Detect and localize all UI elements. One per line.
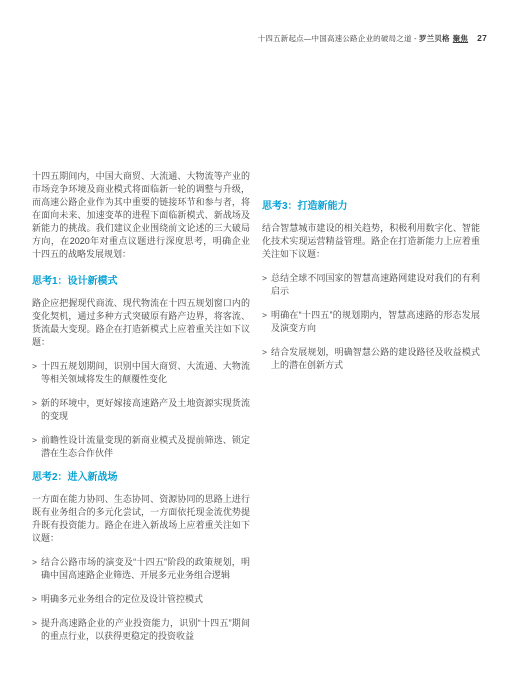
section-3-heading: 思考3：打造新能力 (262, 200, 480, 213)
bullet-marker: > (262, 309, 267, 322)
section-think-3: 思考3：打造新能力 结合智慧城市建设的相关趋势，积极利用数字化、智能化技术实现运… (262, 200, 480, 372)
section-1-bullet-3: > 前瞻性设计流量变现的新商业模式及提前筛选、锁定潜在生态合作伙伴 (32, 434, 250, 460)
section-think-2: 思考2：进入新战场 一方面在能力协同、生态协同、资源协同的思路上进行既有业务组合… (32, 471, 250, 643)
bullet-text: 总结全球不同国家的智慧高速路网建设对我们的有利启示 (271, 273, 480, 296)
section-2-bullet-3: > 提升高速路企业的产业投资能力，识别“十四五”期间的重点行业，以获得更稳定的投… (32, 617, 250, 643)
section-3-body: 结合智慧城市建设的相关趋势，积极利用数字化、智能化技术实现运营精益管理。路企在打… (262, 222, 480, 261)
page-number: 27 (477, 33, 487, 43)
section-2-bullet-1: > 结合公路市场的演变及“十四五”阶段的政策规划，明确中国高速路企业筛选、开展多… (32, 556, 250, 582)
section-1-body: 路企应把握现代商流、现代物流在十四五规划窗口内的变化契机，通过多种方式突破原有路… (32, 297, 250, 349)
bullet-marker: > (32, 617, 37, 630)
section-2-body: 一方面在能力协同、生态协同、资源协同的思路上进行既有业务组合的多元化尝试，一方面… (32, 493, 250, 545)
bullet-text: 新的环境中，更好嫁接高速路产及土地资源实现货流的变现 (41, 398, 250, 421)
bullet-text: 前瞻性设计流量变现的新商业模式及提前筛选、锁定潜在生态合作伙伴 (41, 435, 250, 458)
section-2-bullet-2: > 明确多元业务组合的定位及设计管控模式 (32, 593, 250, 606)
section-1-bullet-1: > 十四五规划期间，识别中国大商贸、大流通、大物流等相关领域将发生的颠覆性变化 (32, 360, 250, 386)
section-3-bullet-2: > 明确在“十四五”的规划期内，智慧高速路的形态发展及演变方向 (262, 309, 480, 335)
right-column: 思考3：打造新能力 结合智慧城市建设的相关趋势，积极利用数字化、智能化技术实现运… (262, 200, 480, 383)
intro-paragraph: 十四五期间内，中国大商贸、大流通、大物流等产业的市场竞争环境及商业模式将面临新一… (32, 170, 250, 261)
bullet-marker: > (32, 434, 37, 447)
bullet-marker: > (32, 360, 37, 373)
doc-title: 十四五新起点—中国高速公路企业的破局之道 - (258, 34, 419, 43)
bullet-text: 明确多元业务组合的定位及设计管控模式 (41, 594, 203, 604)
bullet-marker: > (32, 556, 37, 569)
document-page: 十四五新起点—中国高速公路企业的破局之道 - 罗兰贝格聚焦27 十四五期间内，中… (0, 0, 513, 680)
section-1-heading: 思考1：设计新模式 (32, 275, 250, 288)
section-1-bullet-2: > 新的环境中，更好嫁接高速路产及土地资源实现货流的变现 (32, 397, 250, 423)
brand-name: 罗兰贝格 (419, 34, 450, 43)
section-3-bullet-3: > 结合发展规划，明确智慧公路的建设路径及收益模式上的潜在创新方式 (262, 346, 480, 372)
bullet-text: 结合公路市场的演变及“十四五”阶段的政策规划，明确中国高速路企业筛选、开展多元业… (41, 557, 250, 580)
bullet-marker: > (32, 397, 37, 410)
bullet-text: 结合发展规划，明确智慧公路的建设路径及收益模式上的潜在创新方式 (271, 347, 480, 370)
page-header: 十四五新起点—中国高速公路企业的破局之道 - 罗兰贝格聚焦27 (258, 33, 487, 44)
bullet-text: 明确在“十四五”的规划期内，智慧高速路的形态发展及演变方向 (271, 310, 480, 333)
left-column: 十四五期间内，中国大商贸、大流通、大物流等产业的市场竞争环境及商业模式将面临新一… (32, 170, 250, 654)
bullet-marker: > (262, 272, 267, 285)
brand-focus-label: 聚焦 (453, 34, 468, 43)
section-2-heading: 思考2：进入新战场 (32, 471, 250, 484)
section-3-bullet-1: > 总结全球不同国家的智慧高速路网建设对我们的有利启示 (262, 272, 480, 298)
section-think-1: 思考1：设计新模式 路企应把握现代商流、现代物流在十四五规划窗口内的变化契机，通… (32, 275, 250, 460)
bullet-marker: > (262, 346, 267, 359)
bullet-marker: > (32, 593, 37, 606)
bullet-text: 提升高速路企业的产业投资能力，识别“十四五”期间的重点行业，以获得更稳定的投资收… (41, 618, 250, 641)
bullet-text: 十四五规划期间，识别中国大商贸、大流通、大物流等相关领域将发生的颠覆性变化 (41, 361, 250, 384)
